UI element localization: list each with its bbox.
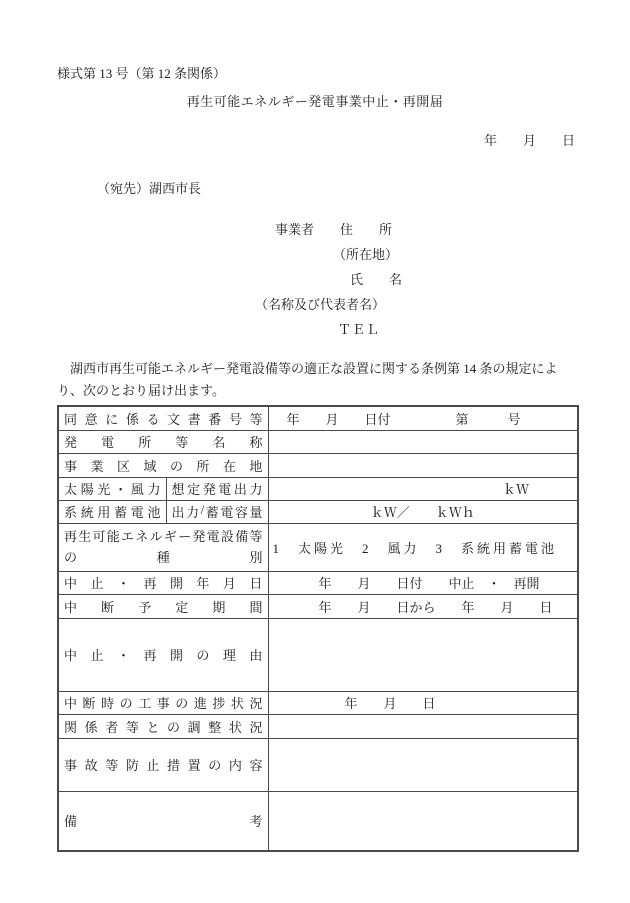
row-label: 中断時の工事の進捗状況 — [64, 693, 263, 712]
row-sublabel: 出力/蓄電容量 — [172, 502, 263, 521]
table-row: 事故等防止措置の内容 — [58, 738, 578, 791]
row-value: 年 月 日 — [268, 691, 578, 714]
row-label: 同意に係る文書番号等 — [64, 409, 263, 428]
row-label: 中止・再開年月日 — [64, 573, 263, 592]
row-value — [268, 714, 578, 738]
table-row: 発電所等名称 — [58, 430, 578, 453]
row-value: ｋＷ — [268, 477, 578, 500]
row-value: 年 月 日付 第 号 — [268, 406, 578, 430]
table-row: 中止・再開年月日 年 月 日付 中止 ・ 再開 — [58, 571, 578, 594]
row-value: 年 月 日付 中止 ・ 再開 — [268, 571, 578, 594]
body-paragraph: 湖西市再生可能エネルギー発電設備等の適正な設置に関する条例第 14 条の規定によ… — [57, 358, 582, 402]
table-row: 中断時の工事の進捗状況 年 月 日 — [58, 691, 578, 714]
row-label: 中断予定期間 — [64, 597, 263, 616]
date-line: 年 月 日 — [484, 133, 575, 149]
table-row: 事業区域の所在地 — [58, 453, 578, 477]
row-value — [268, 618, 578, 691]
applicant-name-label: 氏 名 — [350, 267, 402, 292]
addressee-line: （宛先）湖西市長 — [97, 181, 201, 197]
row-label: 事業区域の所在地 — [64, 456, 263, 475]
applicant-location-label: （所在地） — [333, 242, 402, 267]
table-row: 太陽光・風力 想定発電出力 ｋＷ — [58, 477, 578, 500]
row-value — [268, 738, 578, 791]
document-page: 様式第 13 号（第 12 条関係） 再生可能エネルギー発電事業中止・再開届 年… — [0, 0, 630, 903]
row-value — [268, 791, 578, 851]
row-value — [268, 453, 578, 477]
row-value: 年 月 日から 年 月 日 — [268, 594, 578, 618]
table-row: 備考 — [58, 791, 578, 851]
form-number: 様式第 13 号（第 12 条関係） — [57, 66, 226, 82]
body-paragraph-line2: り、次のとおり届け出ます。 — [57, 380, 582, 402]
row-sublabel: 想定発電出力 — [172, 479, 263, 498]
row-label: 中止・再開の理由 — [64, 645, 263, 664]
table-row: 再生可能エネルギー発電設備等 の種別 1 太陽光 2 風力 3 系統用蓄電池 — [58, 523, 578, 571]
table-row: 中止・再開の理由 — [58, 618, 578, 691]
applicant-tel-label: ＴＥＬ — [338, 317, 402, 342]
page-title: 再生可能エネルギー発電事業中止・再開届 — [0, 94, 630, 110]
table-row: 系統用蓄電池 出力/蓄電容量 ｋＷ／ ｋＷｈ — [58, 500, 578, 523]
body-paragraph-line1: 湖西市再生可能エネルギー発電設備等の適正な設置に関する条例第 14 条の規定によ — [57, 358, 582, 380]
row-label-line1: 再生可能エネルギー発電設備等 — [64, 526, 263, 547]
row-sublabel: 系統用蓄電池 — [64, 502, 161, 521]
table-row: 同意に係る文書番号等 年 月 日付 第 号 — [58, 406, 578, 430]
row-label: 発電所等名称 — [64, 432, 263, 451]
table-row: 関係者等との調整状況 — [58, 714, 578, 738]
notification-table: 同意に係る文書番号等 年 月 日付 第 号 発電所等名称 事業区域の所在地 太陽… — [57, 405, 579, 852]
row-label: 関係者等との調整状況 — [64, 717, 263, 736]
table-row: 中断予定期間 年 月 日から 年 月 日 — [58, 594, 578, 618]
row-label: 事故等防止措置の内容 — [64, 755, 263, 774]
row-value: ｋＷ／ ｋＷｈ — [268, 500, 578, 523]
row-value: 1 太陽光 2 風力 3 系統用蓄電池 — [268, 523, 578, 571]
applicant-address-label: 事業者 住 所 — [275, 217, 402, 242]
row-label-line2: の種別 — [64, 547, 263, 568]
row-sublabel: 太陽光・風力 — [64, 479, 161, 498]
applicant-block: 事業者 住 所 （所在地） 氏 名 （名称及び代表者名） ＴＥＬ — [255, 217, 402, 342]
applicant-representative-label: （名称及び代表者名） — [255, 292, 402, 317]
row-label: 備考 — [64, 811, 263, 830]
row-value — [268, 430, 578, 453]
